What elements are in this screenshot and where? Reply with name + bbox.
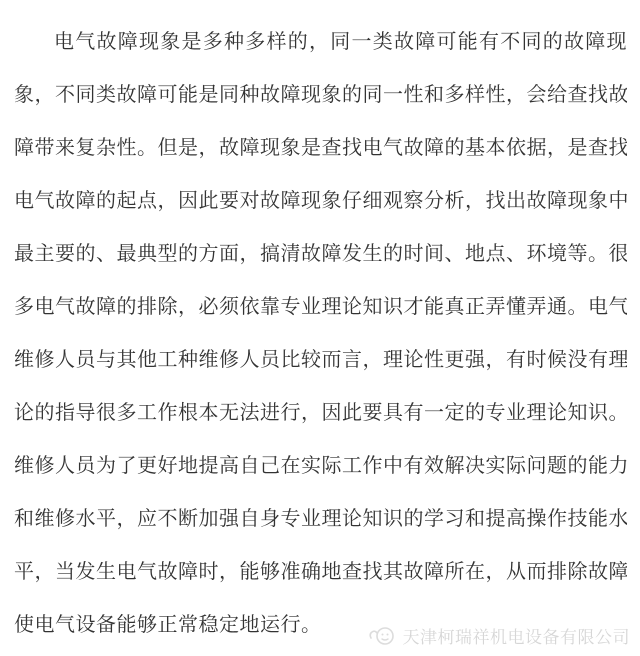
article-line: 最主要的、最典型的方面，搞清故障发生的时间、地点、环境等。很 [14,228,627,281]
mascot-logo-icon [368,624,398,648]
article-line: 电气故障的起点，因此要对故障现象仔细观察分析，找出故障现象中 [14,175,627,228]
article-line: 障带来复杂性。但是，故障现象是查找电气故障的基本依据，是查找 [14,122,627,175]
article-body: 电气故障现象是多种多样的，同一类故障可能有不同的故障现 象，不同类故障可能是同种… [0,0,640,652]
company-watermark: 天津柯瑞祥机电设备有限公司 [368,623,631,648]
article-line: 和维修水平，应不断加强自身专业理论知识的学习和提高操作技能水 [14,493,627,546]
article-line: 论的指导很多工作根本无法进行，因此要具有一定的专业理论知识。 [14,387,627,440]
article-line: 维修人员与其他工种维修人员比较而言，理论性更强，有时候没有理 [14,334,627,387]
article-page: 电气故障现象是多种多样的，同一类故障可能有不同的故障现 象，不同类故障可能是同种… [0,0,640,652]
company-name: 天津柯瑞祥机电设备有限公司 [403,623,631,648]
article-line: 象，不同类故障可能是同种故障现象的同一性和多样性，会给查找故 [14,69,627,122]
article-line: 多电气故障的排除，必须依靠专业理论知识才能真正弄懂弄通。电气 [14,281,627,334]
article-line: 平，当发生电气故障时，能够准确地查找其故障所在，从而排除故障 [14,546,627,599]
article-line: 维修人员为了更好地提高自己在实际工作中有效解决实际问题的能力 [14,440,627,493]
article-line: 电气故障现象是多种多样的，同一类故障可能有不同的故障现 [14,16,627,69]
